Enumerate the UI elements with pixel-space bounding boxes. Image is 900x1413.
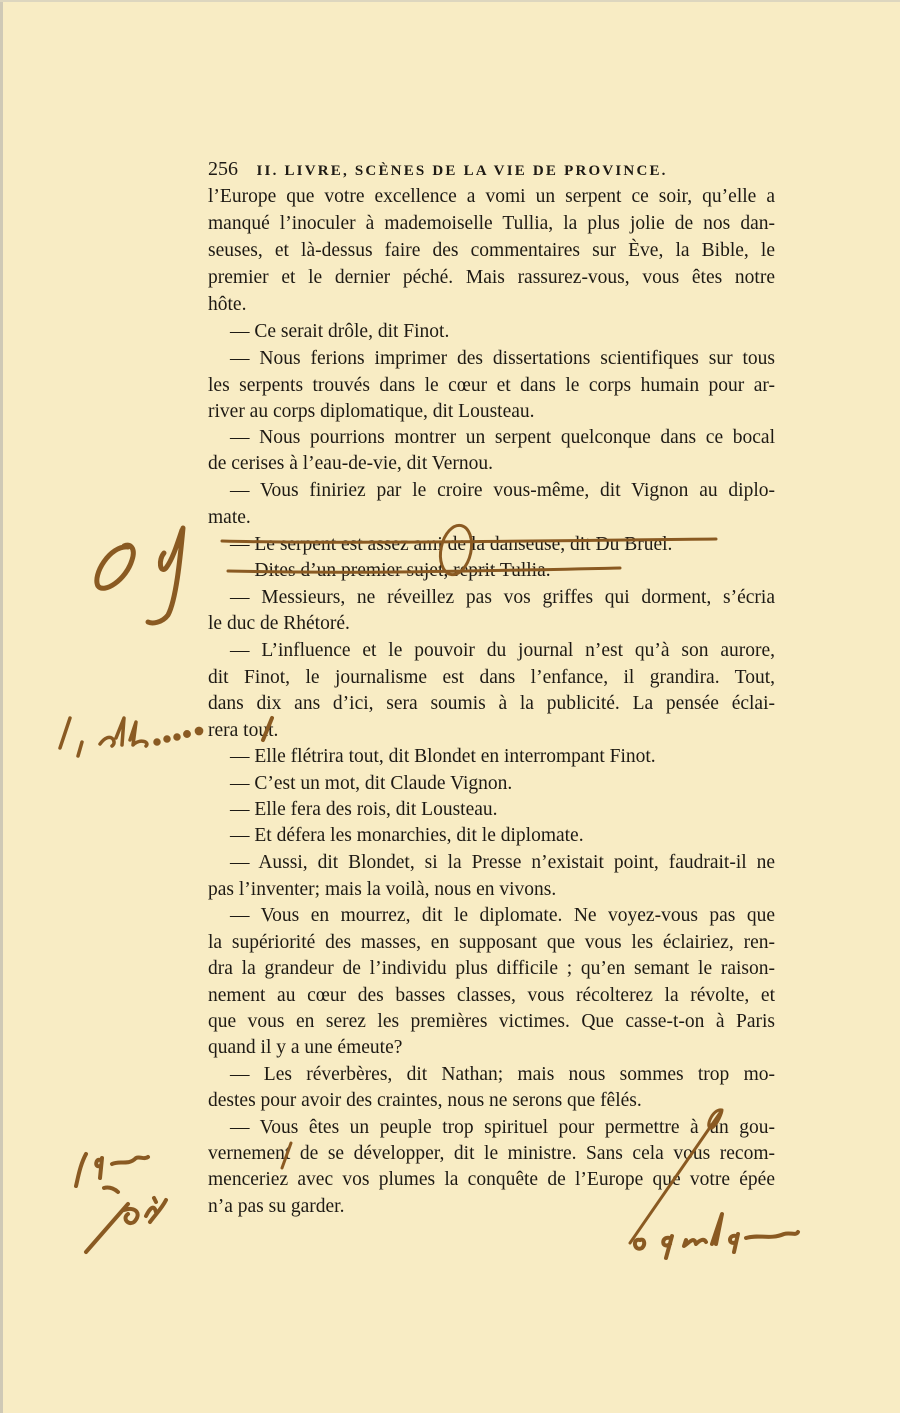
text-line: — Vous finiriez par le croire vous-même,… bbox=[230, 478, 775, 504]
text-line: seuses, et là-dessus faire des commentai… bbox=[208, 238, 775, 264]
text-line: destes pour avoir des craintes, nous ne … bbox=[208, 1088, 775, 1114]
text-line: l’Europe que votre excellence a vomi un … bbox=[208, 184, 775, 210]
scan-edge-left bbox=[0, 0, 3, 1413]
scan-edge-top bbox=[0, 0, 900, 2]
text-line: — C’est un mot, dit Claude Vignon. bbox=[230, 771, 775, 797]
text-line: le duc de Rhétoré. bbox=[208, 611, 775, 637]
text-line: nement au cœur des basses classes, vous … bbox=[208, 983, 775, 1009]
text-line: premier et le dernier péché. Mais rassur… bbox=[208, 265, 775, 291]
text-line: dit Finot, le journalisme est dans l’enf… bbox=[208, 665, 775, 691]
margin-elle-mark bbox=[60, 718, 202, 756]
text-line: — Ce serait drôle, dit Finot. bbox=[230, 319, 775, 345]
text-line: dans dix ans d’ici, sera soumis à la pub… bbox=[208, 691, 775, 717]
text-line: hôte. bbox=[208, 292, 775, 318]
text-line: — Vous êtes un peuple trop spirituel pou… bbox=[230, 1115, 775, 1141]
text-line: pas l’inventer; mais la voilà, nous en v… bbox=[208, 877, 775, 903]
text-line: rera tout. bbox=[208, 718, 775, 744]
running-head-title: II. LIVRE, SCÈNES DE LA VIE DE PROVINCE. bbox=[257, 163, 668, 179]
text-line: n’a pas su garder. bbox=[208, 1194, 775, 1220]
running-header: 256 II. LIVRE, SCÈNES DE LA VIE DE PROVI… bbox=[208, 158, 778, 181]
text-line: de cerises à l’eau-de-vie, dit Vernou. bbox=[208, 451, 775, 477]
text-line: — Elle fera des rois, dit Lousteau. bbox=[230, 797, 775, 823]
margin-og-mark bbox=[97, 528, 183, 623]
text-line: — Aussi, dit Blondet, si la Presse n’exi… bbox=[230, 850, 775, 876]
struck-text-line: — Dites d’un premier sujet, reprit Tulli… bbox=[230, 558, 775, 584]
text-line: quand il y a une émeute? bbox=[208, 1035, 775, 1061]
scanned-book-page: 256 II. LIVRE, SCÈNES DE LA VIE DE PROVI… bbox=[0, 0, 900, 1413]
text-line: que vous en serez les premières victimes… bbox=[208, 1009, 775, 1035]
text-line: — Messieurs, ne réveillez pas vos griffe… bbox=[230, 585, 775, 611]
text-line: river au corps diplomatique, dit Loustea… bbox=[208, 399, 775, 425]
text-line: — Nous pourrions montrer un serpent quel… bbox=[230, 425, 775, 451]
text-line: manqué l’inoculer à mademoiselle Tullia,… bbox=[208, 211, 775, 237]
text-line: — Les réverbères, dit Nathan; mais nous … bbox=[230, 1062, 775, 1088]
text-line: la supériorité des masses, en supposant … bbox=[208, 930, 775, 956]
text-line: — Et défera les monarchies, dit le diplo… bbox=[230, 823, 775, 849]
text-line: — Vous en mourrez, dit le diplomate. Ne … bbox=[230, 903, 775, 929]
struck-text-line: — Le serpent est assez ami de la danseus… bbox=[230, 532, 775, 558]
page-number: 256 bbox=[208, 158, 238, 180]
text-line: vernement de se développer, dit le minis… bbox=[208, 1141, 775, 1167]
text-line: — Nous ferions imprimer des dissertation… bbox=[230, 346, 775, 372]
text-line: — Elle flétrira tout, dit Blondet en int… bbox=[230, 744, 775, 770]
text-line: les serpents trouvés dans le cœur et dan… bbox=[208, 373, 775, 399]
text-line: — L’influence et le pouvoir du journal n… bbox=[230, 638, 775, 664]
margin-bottom-left-mark bbox=[76, 1154, 166, 1252]
text-line: menceriez avec vos plumes la conquête de… bbox=[208, 1167, 775, 1193]
text-line: mate. bbox=[208, 505, 775, 531]
text-line: dra la grandeur de l’individu plus diffi… bbox=[208, 956, 775, 982]
